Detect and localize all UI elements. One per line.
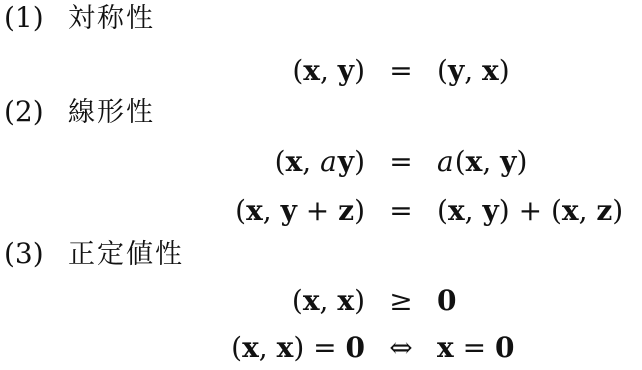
document-page: (1) 対称性 (x, y) = (y, x) (2) 線形性 (x, ay) … [0,0,642,370]
equation-lhs: (x, x) [0,282,365,320]
section-heading-1: (1) 対称性 [0,0,642,36]
section-title: 対称性 [68,0,155,36]
equation-rhs: (x, y) + (x, z) [437,192,642,230]
equation-relation: = [365,192,437,230]
equation-row: (x, ay) = a(x, y) [0,143,642,181]
equation-rhs: (y, x) [437,52,642,90]
equation-relation: ≥ [365,282,437,320]
equation-row: (x, y + z) = (x, y) + (x, z) [0,192,642,230]
section-number: (1) [4,0,44,36]
equation-relation: ⇔ [365,329,437,367]
equation-relation: = [365,143,437,181]
equation-row: (x, x) ≥ 0 [0,282,642,320]
equation-relation: = [365,52,437,90]
equation-rhs: a(x, y) [437,143,642,181]
equation-lhs: (x, ay) [0,143,365,181]
section-heading-3: (3) 正定値性 [0,236,642,272]
equation-row: (x, y) = (y, x) [0,52,642,90]
equation-rhs: x = 0 [437,329,642,367]
section-heading-2: (2) 線形性 [0,94,642,130]
equation-lhs: (x, y + z) [0,192,365,230]
equation-lhs: (x, x) = 0 [0,329,365,367]
section-title: 正定値性 [68,236,184,272]
section-title: 線形性 [68,94,155,130]
equation-lhs: (x, y) [0,52,365,90]
equation-rhs: 0 [437,282,642,320]
section-number: (2) [4,94,44,130]
section-number: (3) [4,236,44,272]
equation-row: (x, x) = 0 ⇔ x = 0 [0,329,642,367]
